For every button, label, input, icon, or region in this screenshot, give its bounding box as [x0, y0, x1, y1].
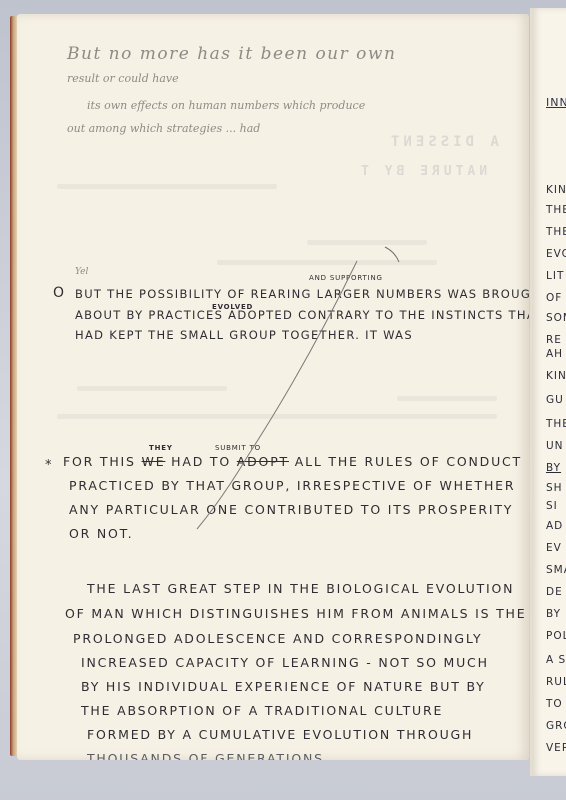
right-page-line: POL — [546, 630, 566, 642]
right-page-line: SMA — [546, 564, 566, 576]
right-page-line: DE — [546, 586, 563, 598]
right-page-line: KIN — [546, 184, 566, 196]
right-page-line: THE — [546, 418, 566, 430]
right-page-line: SOM — [546, 312, 566, 324]
right-page-line: EVO — [546, 248, 566, 260]
right-page-line: TO — [546, 698, 563, 710]
right-page-line: SI — [546, 500, 558, 512]
right-page-line: A S — [546, 654, 566, 666]
right-page-line: UN — [546, 440, 564, 452]
right-page-line: RE — [546, 334, 562, 346]
right-page-line: LIT — [546, 270, 564, 282]
right-page-line: BY — [546, 462, 561, 474]
right-page-line: AH — [546, 348, 563, 360]
right-page-line: EV — [546, 542, 562, 554]
pencil-slash-stroke — [17, 14, 529, 760]
right-page-line: THE — [546, 204, 566, 216]
right-page-line: THE — [546, 226, 566, 238]
right-page-line: SH — [546, 482, 563, 494]
left-page: A DISSENT NATURE BY T But no more has it… — [17, 14, 529, 760]
right-page-line: KIN — [546, 370, 566, 382]
right-page-line: AD — [546, 520, 563, 532]
right-page-edge: INN KIN THE THE EVO LIT OF SOM RE AH KIN… — [530, 8, 566, 776]
right-page-line: OF — [546, 292, 562, 304]
right-page-line: GRO — [546, 720, 566, 732]
right-page-title: INN — [546, 96, 566, 109]
right-page-line: BY — [546, 608, 561, 620]
right-page-line: GU — [546, 394, 564, 406]
right-page-line: VER — [546, 742, 566, 754]
right-page-line: RUL — [546, 676, 566, 688]
